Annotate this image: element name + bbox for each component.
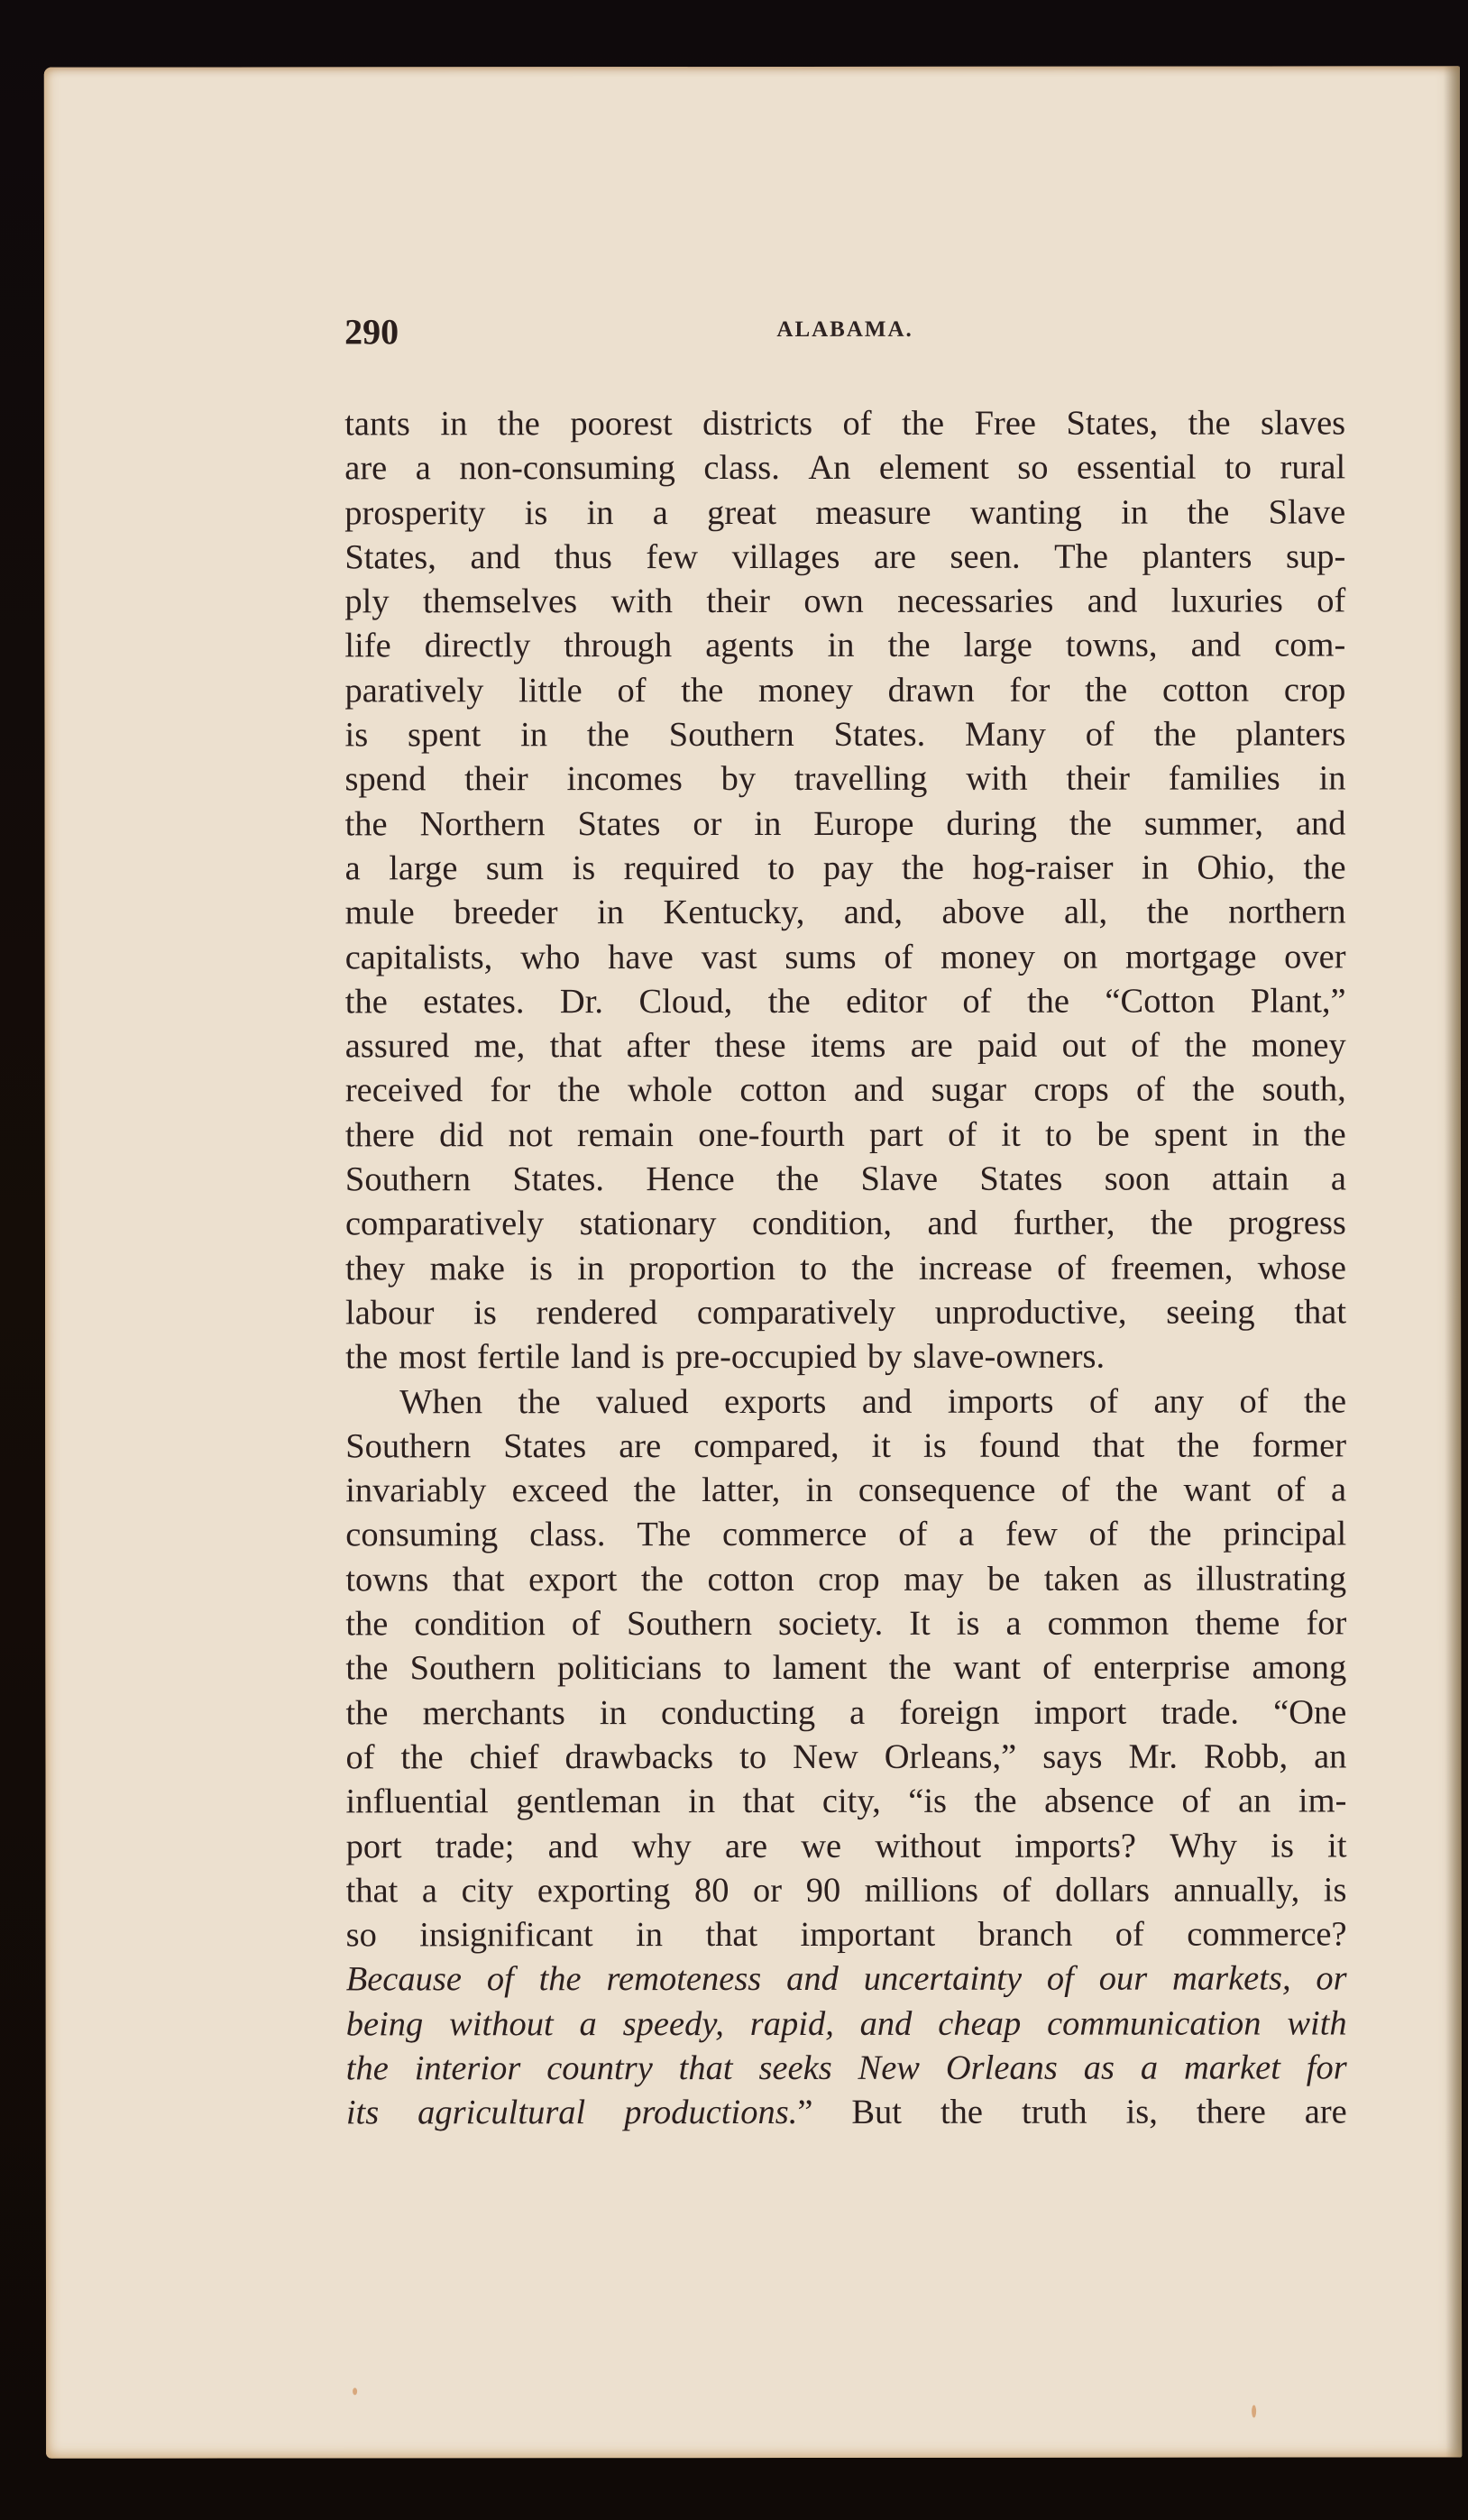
body-paragraphs: tantsinthepoorestdistrictsoftheFreeState…: [344, 401, 1347, 2136]
text-line: townsthatexportthecottoncropmaybetakenas…: [345, 1557, 1346, 1602]
text-line: theestates.Dr.Cloud,theeditorofthe“Cotto…: [345, 979, 1346, 1024]
text-line: ofthechiefdrawbackstoNewOrleans,”saysMr.…: [345, 1735, 1346, 1780]
text-line: itsagriculturalproductions.”Butthetruthi…: [346, 2091, 1347, 2136]
text-line: theinteriorcountrythatseeksNewOrleansasa…: [346, 2046, 1347, 2091]
text-line: capitalists,whohavevastsumsofmoneyonmort…: [345, 935, 1346, 980]
text-line: parativelylittleofthemoneydrawnforthecot…: [344, 668, 1345, 713]
text-line: isspentintheSouthernStates.Manyoftheplan…: [344, 713, 1345, 758]
text-line: plythemselveswiththeirownnecessariesandl…: [344, 580, 1345, 625]
running-head-title: ALABAMA.: [344, 316, 1345, 343]
text-line: theconditionofSouthernsociety.Itisacommo…: [345, 1601, 1346, 1646]
page-text: 290 ALABAMA. tantsinthepoorestdistrictso…: [344, 309, 1347, 2136]
text-line: theredidnotremainone-fourthpartofittobes…: [345, 1113, 1346, 1158]
foxing-spot: [353, 2387, 357, 2395]
text-line: Becauseoftheremotenessanduncertaintyofou…: [346, 1957, 1347, 2002]
book-page: 290 ALABAMA. tantsinthepoorestdistrictso…: [44, 66, 1462, 2458]
text-line: areanon-consumingclass.Anelementsoessent…: [344, 446, 1345, 491]
text-line: theymakeisinproportiontotheincreaseoffre…: [345, 1246, 1346, 1291]
text-line: lifedirectlythroughagentsinthelargetowns…: [344, 624, 1345, 669]
text-line: prosperityisinagreatmeasurewantingintheS…: [344, 490, 1345, 536]
text-line: consumingclass.Thecommerceofafewofthepri…: [345, 1513, 1346, 1558]
text-line: tantsinthepoorestdistrictsoftheFreeState…: [344, 401, 1345, 446]
text-line: invariablyexceedthelatter,inconsequenceo…: [345, 1469, 1346, 1514]
text-line: theSouthernpoliticianstolamentthewantofe…: [345, 1646, 1346, 1691]
text-line: labourisrenderedcomparativelyunproductiv…: [345, 1290, 1346, 1335]
text-line: SouthernStates.HencetheSlaveStatessoonat…: [345, 1157, 1346, 1202]
text-line: spendtheirincomesbytravellingwiththeirfa…: [345, 757, 1346, 802]
running-head: 290 ALABAMA.: [344, 309, 1345, 364]
text-line: soinsignificantinthatimportantbranchofco…: [346, 1913, 1347, 1958]
text-line: porttrade;andwhyarewewithoutimports?Whyi…: [346, 1824, 1347, 1869]
text-line: themerchantsinconductingaforeignimporttr…: [345, 1691, 1346, 1736]
text-line: Whenthevaluedexportsandimportsofanyofthe: [345, 1379, 1346, 1425]
text-line: SouthernStatesarecompared,itisfoundthatt…: [345, 1424, 1346, 1469]
text-line: thatacityexporting80or90millionsofdollar…: [346, 1868, 1347, 1913]
text-line: receivedforthewholecottonandsugarcropsof…: [345, 1068, 1346, 1113]
text-line: theNorthernStatesorinEuropeduringthesumm…: [345, 802, 1346, 847]
text-line: assuredme,thataftertheseitemsarepaidouto…: [345, 1024, 1346, 1069]
text-line: beingwithoutaspeedy,rapid,andcheapcommun…: [346, 2002, 1347, 2047]
foxing-spot: [1252, 2405, 1256, 2418]
text-line: comparativelystationarycondition,andfurt…: [345, 1202, 1346, 1247]
text-line: influentialgentlemaninthatcity,“istheabs…: [346, 1780, 1347, 1825]
text-line: themostfertilelandispre-occupiedbyslave-…: [345, 1335, 1346, 1380]
text-line: alargesumisrequiredtopaythehog-raiserinO…: [345, 846, 1346, 891]
text-line: mulebreederinKentucky,and,aboveall,theno…: [345, 891, 1346, 936]
text-line: States,andthusfewvillagesareseen.Theplan…: [344, 535, 1345, 580]
